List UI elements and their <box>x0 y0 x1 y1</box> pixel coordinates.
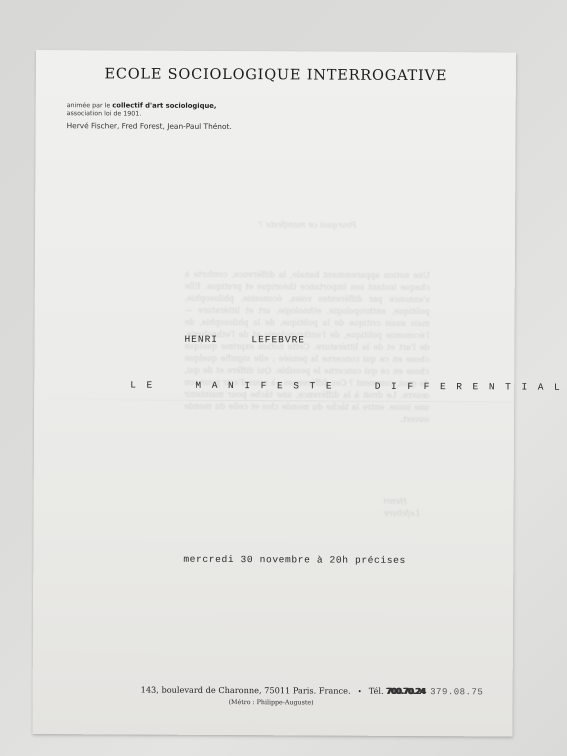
reverse-side-bleed-through: Pourquoi ce manifeste ? Une notion appar… <box>184 219 431 520</box>
bullet-separator: • <box>358 688 362 696</box>
address-line: 143, boulevard de Charonne, 75011 Paris.… <box>141 685 484 698</box>
paper-fold <box>34 399 514 403</box>
bleed-paragraph: Une notion apparemment banale, la différ… <box>184 269 430 426</box>
speaker-name: HENRI LEFEBVRE <box>184 334 305 346</box>
phone-label: Tél. <box>369 686 384 696</box>
street-address: 143, boulevard de Charonne, 75011 Paris.… <box>141 685 351 696</box>
members-line: Hervé Fischer, Fred Forest, Jean-Paul Th… <box>67 121 232 131</box>
struck-phone-number: 700.70.24 <box>386 686 425 696</box>
animated-by-line: animée par le collectif d'art sociologiq… <box>67 101 217 110</box>
bleed-signature: Henri Lefebvre <box>184 495 429 520</box>
animated-by-prefix: animée par le <box>67 102 113 109</box>
phone-number: 379.08.75 <box>430 687 483 697</box>
bleed-heading: Pourquoi ce manifeste ? <box>185 219 430 232</box>
event-title: LE MANIFESTE DIFFERENTIALISTE <box>130 379 567 393</box>
school-title: ECOLE SOCIOLOGIQUE INTERROGATIVE <box>36 66 516 85</box>
metro-station: (Métro : Philippe-Auguste) <box>229 699 314 706</box>
event-date: mercredi 30 novembre à 20h précises <box>183 554 406 566</box>
association-line: association loi de 1901. <box>67 110 142 117</box>
collective-name: collectif d'art sociologique, <box>112 101 216 110</box>
document-sheet: Pourquoi ce manifeste ? Une notion appar… <box>32 50 516 737</box>
